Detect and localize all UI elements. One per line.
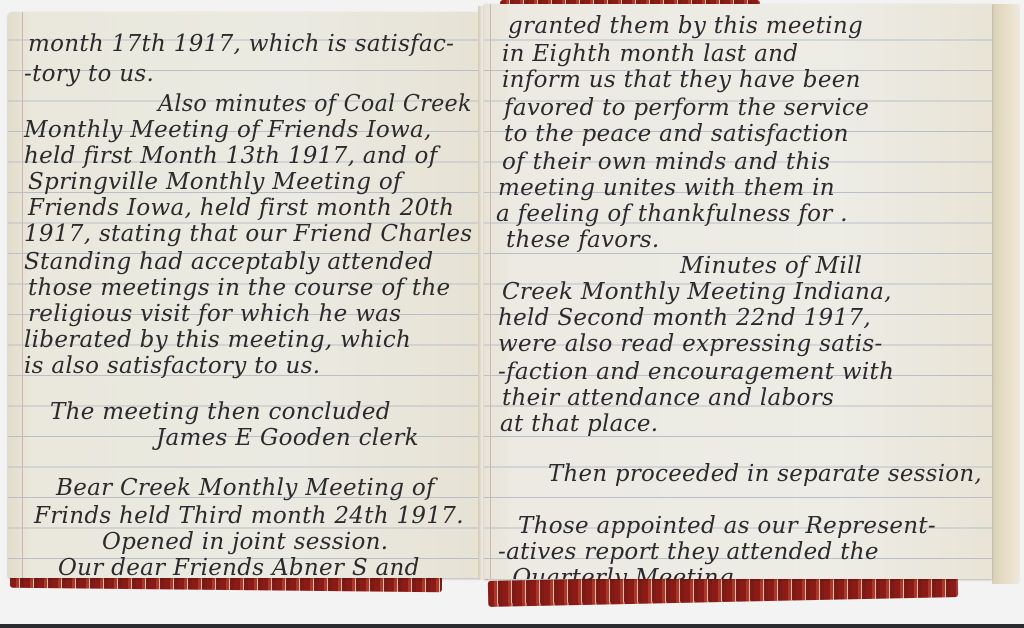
handwritten-line: Opened in joint session. (102, 528, 388, 556)
handwritten-line: -faction and encouragement with (498, 358, 894, 386)
handwritten-line: to the peace and satisfaction (504, 120, 849, 148)
bottom-edge (0, 624, 1024, 628)
handwritten-line: 1917, stating that our Friend Charles (24, 220, 472, 248)
handwritten-line: inform us that they have been (502, 66, 861, 94)
handwritten-line: Frinds held Third month 24th 1917. (34, 502, 464, 530)
handwritten-line: their attendance and labors (502, 384, 834, 412)
handwritten-line: James E Gooden clerk (156, 424, 419, 452)
handwritten-line: Those appointed as our Represent- (518, 512, 936, 540)
handwritten-line: those meetings in the course of the (28, 274, 450, 302)
handwritten-line: Quarterly Meeting. (512, 564, 742, 579)
handwritten-line: Creek Monthly Meeting Indiana, (502, 278, 892, 306)
right-page: granted them by this meetingin Eighth mo… (484, 4, 992, 579)
handwritten-line: at that place. (500, 410, 658, 438)
handwritten-line: Then proceeded in separate session, (548, 460, 982, 488)
handwritten-line: favored to perform the service (504, 94, 869, 122)
handwritten-line: religious visit for which he was (28, 300, 401, 328)
margin-line (490, 4, 491, 579)
handwritten-line: were also read expressing satis- (498, 330, 883, 358)
handwritten-line: month 17th 1917, which is satisfac- (28, 30, 454, 58)
handwritten-line: Also minutes of Coal Creek (158, 90, 472, 118)
handwritten-line: of their own minds and this (502, 148, 830, 176)
handwritten-line: -tory to us. (24, 60, 154, 88)
handwritten-line: these favors. (506, 226, 659, 254)
margin-line (22, 12, 23, 578)
handwritten-line: Bear Creek Monthly Meeting of (56, 474, 435, 502)
handwritten-line: liberated by this meeting, which (24, 326, 411, 354)
handwritten-line: Springville Monthly Meeting of (28, 168, 402, 196)
handwritten-line: in Eighth month last and (502, 40, 798, 68)
handwritten-line: Our dear Friends Abner S and (58, 554, 420, 578)
page-stack-edge (992, 4, 1020, 584)
handwritten-line: The meeting then concluded (50, 398, 391, 426)
left-page: month 17th 1917, which is satisfac--tory… (8, 12, 482, 578)
handwritten-line: Standing had acceptably attended (24, 248, 433, 276)
handwritten-line: held Second month 22nd 1917, (498, 304, 871, 332)
handwritten-line: granted them by this meeting (508, 12, 863, 40)
handwritten-line: is also satisfactory to us. (24, 352, 320, 380)
handwritten-line: -atives report they attended the (498, 538, 879, 566)
handwritten-line: Monthly Meeting of Friends Iowa, (24, 116, 432, 144)
handwritten-line: Minutes of Mill (680, 252, 862, 280)
handwritten-line: held first Month 13th 1917, and of (24, 142, 438, 170)
handwritten-line: meeting unites with them in (498, 174, 835, 202)
handwritten-line: a feeling of thankfulness for . (496, 200, 848, 228)
handwritten-line: Friends Iowa, held first month 20th (28, 194, 454, 222)
